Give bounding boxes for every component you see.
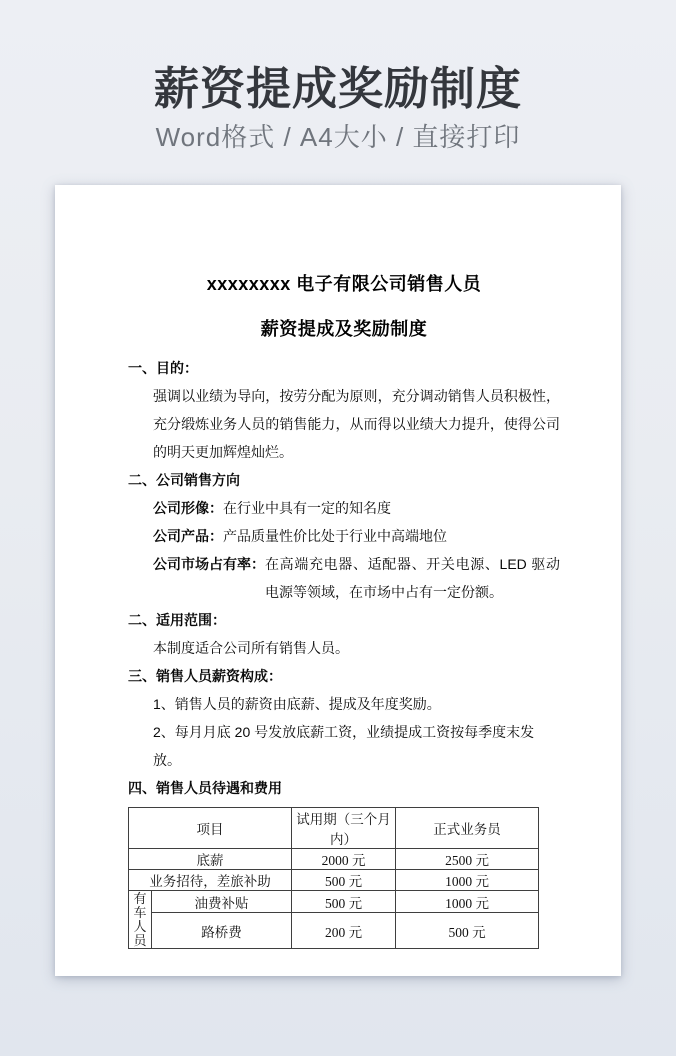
section4-item-2: 2、每月月底 20 号发放底薪工资，业绩提成工资按每季度末发放。 [153,718,560,774]
market-share-item: 公司市场占有率： 在高端充电器、适配器、开关电源、LED 驱动电源等领域，在市场… [153,550,560,606]
doc-title-line2: 薪资提成及奖励制度 [128,318,560,340]
banner-title: 薪资提成奖励制度 [0,64,676,114]
cell-formal: 500 元 [396,913,539,949]
section4-item-1: 1、销售人员的薪资由底薪、提成及年度奖励。 [153,690,560,718]
cell-item: 业务招待，差旅补助 [129,870,292,891]
cell-trial: 2000 元 [292,849,396,870]
cell-formal: 2500 元 [396,849,539,870]
header-cell-formal: 正式业务员 [396,808,539,849]
cell-trial: 500 元 [292,891,396,913]
company-product-label: 公司产品： [153,522,223,550]
banner: 薪资提成奖励制度 Word格式 / A4大小 / 直接打印 [0,0,676,153]
table-row-base-salary: 底薪 2000 元 2500 元 [129,849,539,870]
cell-formal: 1000 元 [396,891,539,913]
cell-trial: 500 元 [292,870,396,891]
company-image-text: 在行业中具有一定的知名度 [223,494,560,522]
header-cell-trial: 试用期（三个月内） [292,808,396,849]
cell-trial: 200 元 [292,913,396,949]
market-share-text: 在高端充电器、适配器、开关电源、LED 驱动电源等领域，在市场中占有一定份额。 [265,550,560,606]
section2-heading: 二、公司销售方向 [128,466,560,494]
cell-item: 油费补贴 [152,891,292,913]
company-product-item: 公司产品： 产品质量性价比处于行业中高端地位 [153,522,560,550]
document-page: xxxxxxxx 电子有限公司销售人员 薪资提成及奖励制度 一、目的： 强调以业… [55,185,621,976]
section4-heading: 三、销售人员薪资构成： [128,662,560,690]
doc-body: 一、目的： 强调以业绩为导向，按劳分配为原则，充分调动销售人员积极性，充分缎炼业… [128,354,560,949]
section1-heading: 一、目的： [128,354,560,382]
market-share-label: 公司市场占有率： [153,550,265,606]
table-row-fuel: 有车人员 油费补贴 500 元 1000 元 [129,891,539,913]
cell-item: 底薪 [129,849,292,870]
section3-heading: 二、适用范围： [128,606,560,634]
doc-title-line1: xxxxxxxx 电子有限公司销售人员 [128,273,560,295]
section3-body: 本制度适合公司所有销售人员。 [153,634,560,662]
cell-formal: 1000 元 [396,870,539,891]
table-header-row: 项目 试用期（三个月内） 正式业务员 [129,808,539,849]
table-row-toll: 路桥费 200 元 500 元 [129,913,539,949]
banner-subtitle: Word格式 / A4大小 / 直接打印 [0,123,676,153]
cell-group-car-owner: 有车人员 [129,891,152,949]
section1-paragraph: 强调以业绩为导向，按劳分配为原则，充分调动销售人员积极性，充分缎炼业务人员的销售… [153,382,560,466]
header-cell-item: 项目 [129,808,292,849]
company-product-text: 产品质量性价比处于行业中高端地位 [223,522,560,550]
company-image-label: 公司形像： [153,494,223,522]
table-row-allowance: 业务招待，差旅补助 500 元 1000 元 [129,870,539,891]
company-image-item: 公司形像： 在行业中具有一定的知名度 [153,494,560,522]
section5-heading: 四、销售人员待遇和费用 [128,774,560,802]
cell-item: 路桥费 [152,913,292,949]
salary-benefit-table: 项目 试用期（三个月内） 正式业务员 底薪 2000 元 2500 元 业务招待… [128,807,539,949]
